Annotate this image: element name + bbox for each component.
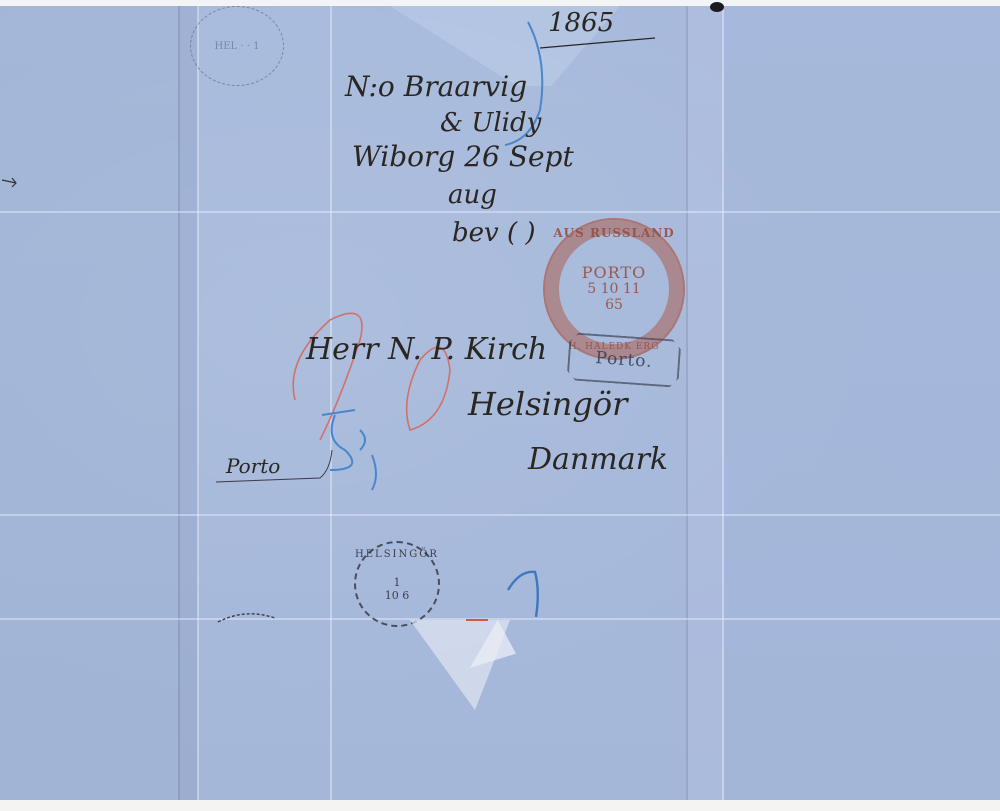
docket-line2: & Ulidy [440,108,541,138]
helsingor-arrival-postmark: HELSINGÖR 1 10 6 [354,541,440,627]
year-underline [540,38,655,48]
arrow-mark [2,178,16,187]
postmark-label: PORTO [582,265,646,281]
porto-boxed-text: Porto. [595,348,654,372]
arrival-line1: 1 [394,576,401,589]
faint-postmark-arc [218,614,275,622]
faint-postmark-text: HEL · · 1 [215,41,260,52]
blue-crayon-7 [508,572,538,617]
postmark-top-arc: AUS RUSSLAND [553,226,674,240]
docket-line4: aug [448,180,497,210]
postmark-year: 65 [605,297,623,313]
porto-manuscript: Porto [226,454,280,478]
blue-crayon-fraction [360,430,376,490]
docket-line5: bev ( ) [452,218,536,248]
faint-postmark: HEL · · 1 [190,6,284,86]
arrival-top-arc: HELSINGÖR [355,549,439,560]
postmark-date: 5 10 11 [587,281,640,297]
address-country: Danmark [528,442,668,477]
address-city: Helsingör [468,385,627,423]
address-recipient: Herr N. P. Kirch [306,332,547,367]
blue-crayon-5 [322,410,355,470]
wax-seal-trace [466,619,488,621]
docket-year: 1865 [548,8,614,38]
docket-line1: N:o Braarvig [345,70,527,103]
arrival-line2: 10 6 [385,589,410,602]
porto-boxed-handstamp: Porto. [566,332,681,388]
docket-line3: Wiborg 26 Sept [352,140,574,173]
